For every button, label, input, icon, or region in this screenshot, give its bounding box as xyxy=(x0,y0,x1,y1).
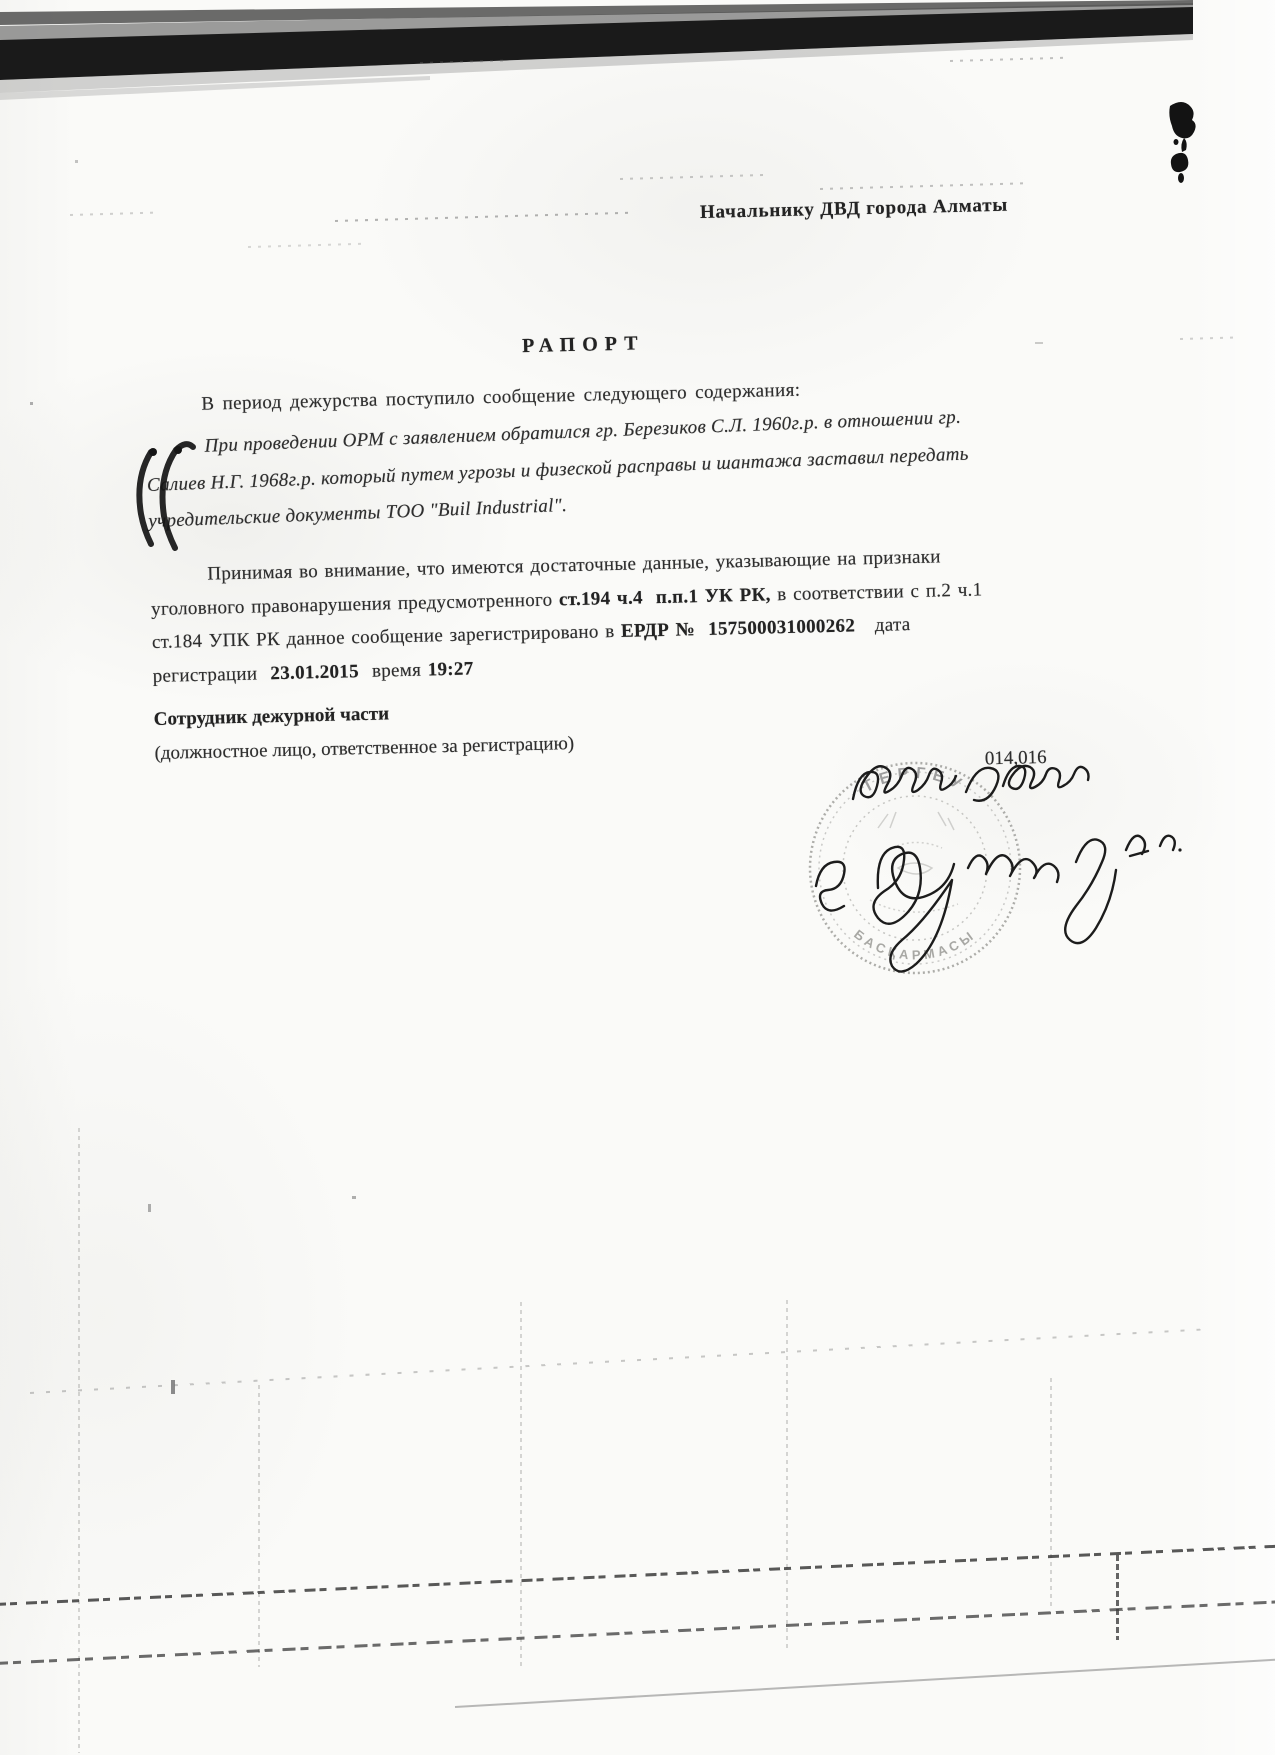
conclusion-text: регистрации xyxy=(152,663,270,687)
conclusion-paragraph: Принимая во внимание, что имеются достат… xyxy=(150,539,984,693)
conclusion-text: в соответствии с п.2 ч.1 xyxy=(770,579,982,605)
scan-speck xyxy=(352,1196,356,1199)
stamp-and-signature: ТЕРГЕУ БАСҚАРМАСЫ xyxy=(770,700,1210,1000)
fold-line xyxy=(258,1385,260,1667)
registration-date: 23.01.2015 xyxy=(270,661,359,684)
conclusion-text: дата xyxy=(855,614,911,636)
registration-time: 19:27 xyxy=(427,658,473,680)
handwritten-bracket-mark xyxy=(120,430,210,560)
scanned-report-page: Начальнику ДВД города Алматы РАПОРТ В пе… xyxy=(0,0,1275,1755)
statement-paragraph: При проведении ОРМ с заявлением обратилс… xyxy=(145,400,971,541)
scan-speck xyxy=(171,1380,175,1394)
report-title: РАПОРТ xyxy=(522,327,645,363)
conclusion-text: ст.184 УПК РК данное сообщение зарегистр… xyxy=(152,621,622,653)
scan-speck xyxy=(148,1204,151,1212)
stamp-bottom-text: БАСҚАРМАСЫ xyxy=(851,927,979,963)
scan-solid-line xyxy=(455,1658,1275,1708)
fold-line xyxy=(520,1302,522,1670)
registration-number: ЕРДР № 157500031000262 xyxy=(621,615,856,642)
conclusion-text: время xyxy=(359,659,428,682)
addressee: Начальнику ДВД города Алматы xyxy=(700,189,1009,230)
officer-role: Сотрудник дежурной части xyxy=(153,697,389,736)
criminal-code-article: ст.194 ч.4 п.п.1 УК РК, xyxy=(559,584,771,610)
conclusion-text: уголовного правонарушения предусмотренно… xyxy=(151,589,559,620)
scan-dotted-line xyxy=(30,1328,1208,1394)
fold-line xyxy=(1050,1378,1052,1608)
fold-line xyxy=(1116,1555,1119,1640)
svg-text:БАСҚАРМАСЫ: БАСҚАРМАСЫ xyxy=(851,927,979,963)
scan-dashed-line xyxy=(0,1600,1275,1664)
scan-dashed-line xyxy=(0,1544,1275,1605)
